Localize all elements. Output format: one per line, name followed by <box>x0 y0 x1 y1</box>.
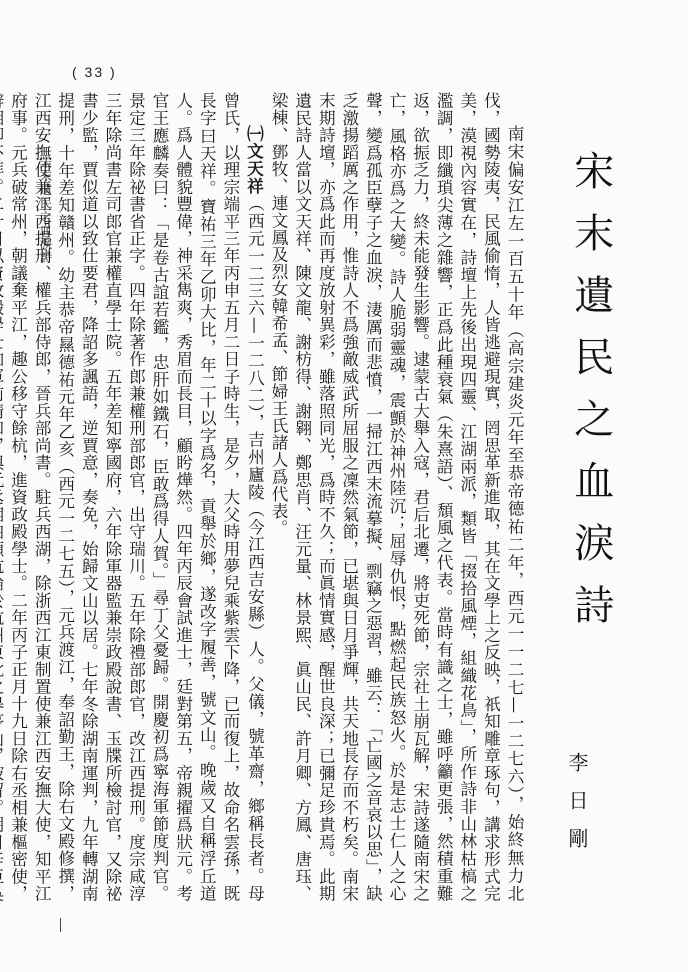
section-heading: 文天祥 <box>244 143 264 195</box>
section-paragraph: ㈠文天祥（西元一二三六—一二八二），吉州廬陵（今江西吉安縣）人。父儀，號革齋，鄉… <box>0 92 266 902</box>
section-text: （西元一二三六—一二八二），吉州廬陵（今江西吉安縣）人。父儀，號革齋，鄉稱長者。… <box>0 92 264 902</box>
page-number: ( 33 ) <box>72 64 117 80</box>
page-mark <box>60 918 61 932</box>
article-body: 南宋偏安江左一百五十年（高宗建炎元年至恭帝德祐二年，西元一一二七—一二七六），始… <box>76 92 526 902</box>
intro-paragraph: 南宋偏安江左一百五十年（高宗建炎元年至恭帝德祐二年，西元一一二七—一二七六），始… <box>266 92 526 902</box>
section-number: ㈠ <box>244 125 264 142</box>
article-author: 李日剛 <box>563 752 592 866</box>
article-title: 宋末遺民之血淚詩 <box>563 150 620 646</box>
